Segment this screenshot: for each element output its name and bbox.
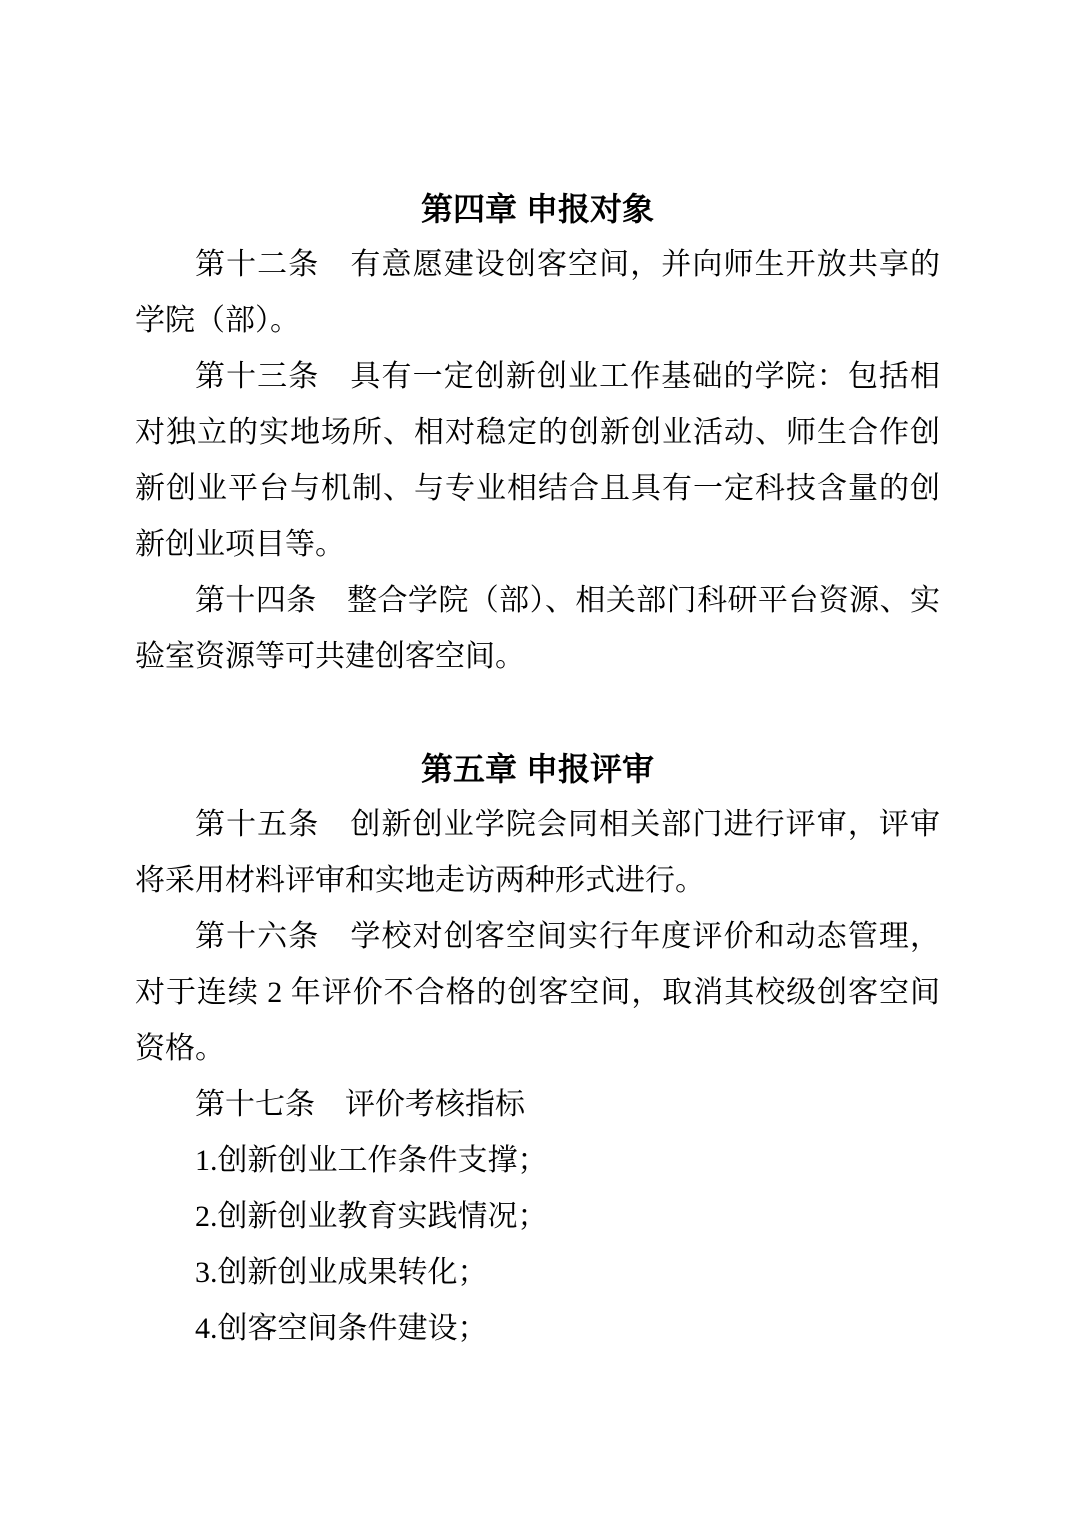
paragraph-article-12: 第十二条 有意愿建设创客空间，并向师生开放共享的学院（部）。 [135, 237, 940, 349]
list-item-indicator-4: 4.创客空间条件建设； [135, 1301, 940, 1357]
paragraph-article-14: 第十四条 整合学院（部）、相关部门科研平台资源、实验室资源等可共建创客空间。 [135, 573, 940, 685]
document-content: 第四章 申报对象 第十二条 有意愿建设创客空间，并向师生开放共享的学院（部）。 … [0, 0, 1080, 1357]
chapter-5-heading: 第五章 申报评审 [135, 741, 940, 797]
list-item-indicator-2: 2.创新创业教育实践情况； [135, 1189, 940, 1245]
paragraph-article-15: 第十五条 创新创业学院会同相关部门进行评审，评审将采用材料评审和实地走访两种形式… [135, 797, 940, 909]
paragraph-article-13: 第十三条 具有一定创新创业工作基础的学院：包括相对独立的实地场所、相对稳定的创新… [135, 349, 940, 573]
paragraph-article-16: 第十六条 学校对创客空间实行年度评价和动态管理，对于连续 2 年评价不合格的创客… [135, 909, 940, 1077]
list-item-indicator-1: 1.创新创业工作条件支撑； [135, 1133, 940, 1189]
chapter-4-heading: 第四章 申报对象 [135, 181, 940, 237]
list-item-indicator-3: 3.创新创业成果转化； [135, 1245, 940, 1301]
paragraph-article-17: 第十七条 评价考核指标 [135, 1077, 940, 1133]
document-page: 第四章 申报对象 第十二条 有意愿建设创客空间，并向师生开放共享的学院（部）。 … [0, 0, 1080, 1527]
